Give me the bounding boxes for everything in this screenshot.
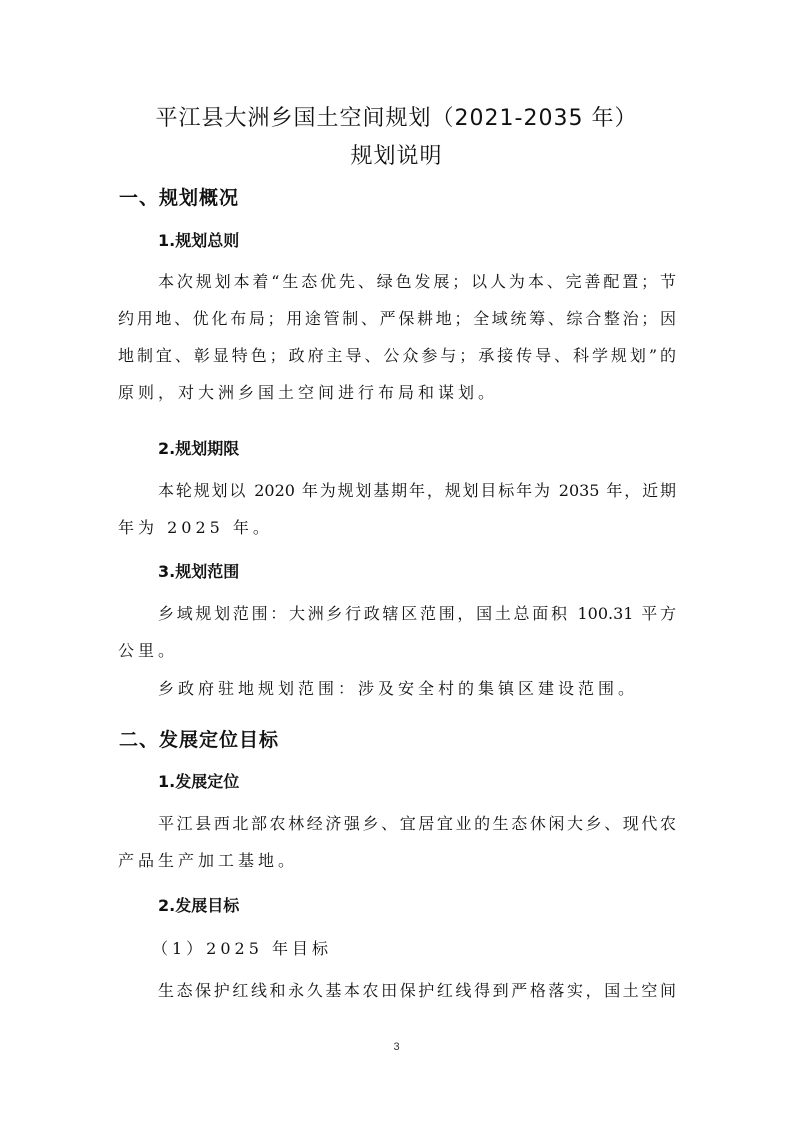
paragraph-line: 平江县西北部农林经济强乡、宜居宜业的生态休闲大乡、现代农 [158, 816, 676, 832]
subsection-heading-general-principles: 1.规划总则 [158, 233, 239, 249]
goal-item-2025: （1）2025 年目标 [152, 941, 670, 957]
paragraph-line: 公里。 [118, 643, 676, 659]
subsection-heading-goals: 2.发展目标 [158, 898, 239, 914]
paragraph-line: 产品生产加工基地。 [118, 853, 676, 869]
page-number: 3 [0, 1042, 793, 1053]
section-heading-development-positioning: 二、发展定位目标 [119, 731, 279, 750]
paragraph-line: 地制宜、彰显特色；政府主导、公众参与；承接传导、科学规划”的 [118, 348, 676, 364]
subsection-heading-planning-period: 2.规划期限 [158, 441, 239, 457]
subsection-heading-planning-scope: 3.规划范围 [158, 564, 239, 580]
section-heading-overview: 一、规划概况 [119, 189, 239, 208]
subsection-heading-positioning: 1.发展定位 [158, 774, 239, 790]
paragraph-line: 生态保护红线和永久基本农田保护红线得到严格落实，国土空间 [158, 983, 676, 999]
paragraph-line: 原则，对大洲乡国土空间进行布局和谋划。 [118, 385, 676, 401]
document-subtitle: 规划说明 [0, 146, 793, 168]
paragraph-line: 乡政府驻地规划范围：涉及安全村的集镇区建设范围。 [158, 681, 676, 697]
paragraph-line: 乡域规划范围：大洲乡行政辖区范围，国土总面积 100.31 平方 [158, 606, 676, 622]
paragraph-line: 本轮规划以 2020 年为规划基期年，规划目标年为 2035 年，近期 [158, 483, 676, 499]
paragraph-line: 约用地、优化布局；用途管制、严保耕地；全域统筹、综合整治；因 [118, 311, 676, 327]
paragraph-line: 年为 2025 年。 [118, 520, 676, 536]
document-title: 平江县大洲乡国土空间规划（2021-2035 年） [0, 108, 793, 130]
paragraph-line: 本次规划本着“生态优先、绿色发展；以人为本、完善配置；节 [158, 274, 676, 290]
